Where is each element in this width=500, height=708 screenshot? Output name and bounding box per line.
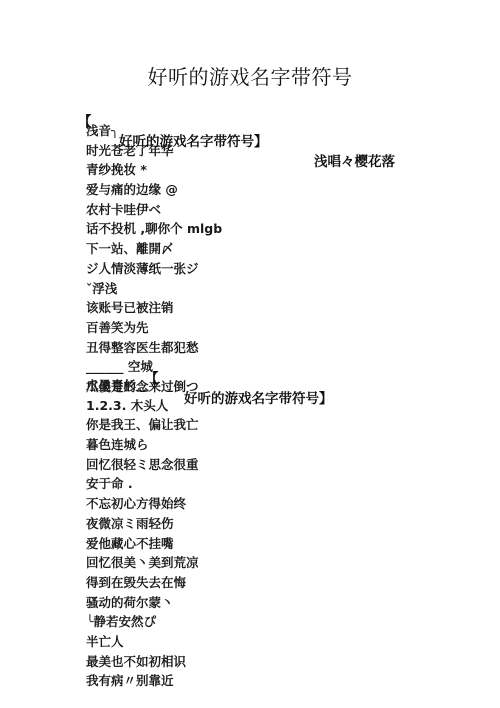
name-list-2: 水墨青杉﹏ 1.2.3. 木头人 你是我王、偏让我亡 暮色连城ら 回忆很轻ミ思念…	[86, 376, 386, 691]
list-item: 水墨青杉﹏	[86, 376, 386, 396]
list-item: 回忆很轻ミ思念很重	[86, 455, 386, 475]
list-item: ˇ浮浅	[86, 279, 386, 299]
list-item: 回忆很美丶美到荒凉	[86, 553, 386, 573]
list-item: 下一站、離開〆	[86, 239, 386, 259]
list-item: 时光苍老了年华	[86, 141, 386, 161]
list-item: 爱他藏心不挂嘴	[86, 534, 386, 554]
list-item: 爱与痛的边缘 @	[86, 180, 386, 200]
list-item: 安于命 .	[86, 474, 386, 494]
list-item: 浅音╮	[86, 121, 386, 141]
list-item: 该账号已被注销	[86, 298, 386, 318]
list-item: 得到在毁失去在悔	[86, 573, 386, 593]
list-item: 不忘初心方得始终	[86, 494, 386, 514]
list-item: 我有病〃别靠近	[86, 671, 386, 691]
list-item: ╰静若安然ぴ	[86, 612, 386, 632]
list-item: 你是我王、偏让我亡	[86, 415, 386, 435]
list-item: 青纱挽妆 *	[86, 160, 386, 180]
list-item: 夜微凉ミ雨轻伤	[86, 514, 386, 534]
list-item: 百善笑为先	[86, 318, 386, 338]
list-item: ジ人情淡薄纸一张ジ	[86, 259, 386, 279]
list-item: 暮色连城ら	[86, 435, 386, 455]
document-title: 好听的游戏名字带符号	[0, 64, 500, 90]
list-item: 话不投机 ,聊你个 mlgb	[86, 219, 386, 239]
list-item: 最美也不如初相识	[86, 652, 386, 672]
list-item: 半亡人	[86, 632, 386, 652]
list-item: 1.2.3. 木头人	[86, 396, 386, 416]
list-item: 农村卡哇伊ベ	[86, 200, 386, 220]
list-item: 骚动的荷尔蒙丶	[86, 593, 386, 613]
